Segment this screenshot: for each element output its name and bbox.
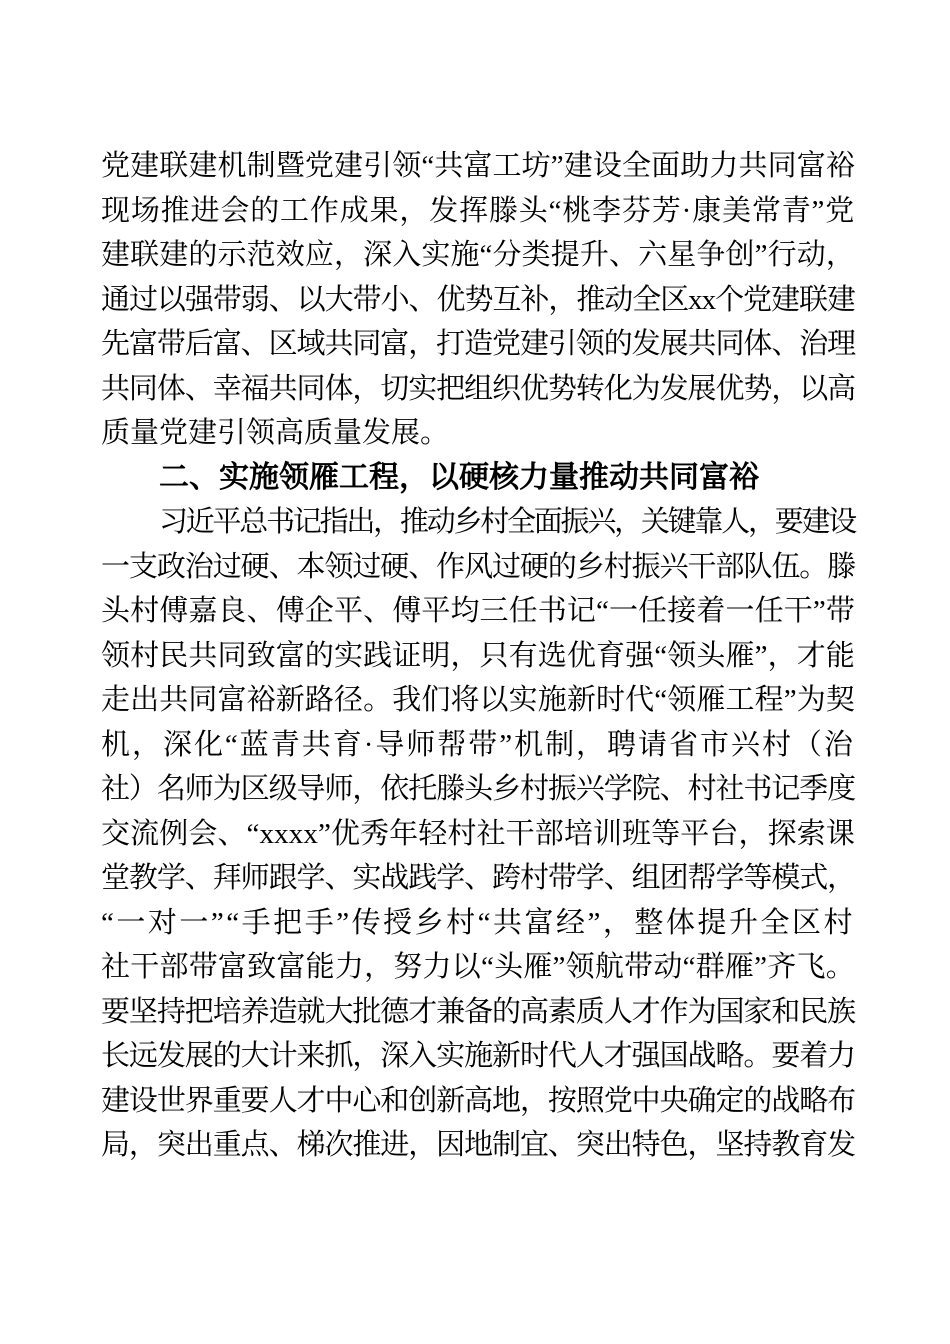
line-text: 交流例会、“xxxx”优秀年轻村社干部培训班等平台，探索课 xyxy=(101,812,855,857)
paragraph-line: 习近平总书记指出，推动乡村全面振兴，关键靠人，要建设 xyxy=(101,500,855,545)
line-text: 社）名师为区级导师，依托滕头乡村振兴学院、村社书记季度 xyxy=(101,767,855,812)
line-text: “一对一”“手把手”传授乡村“共富经”，整体提升全区村 xyxy=(101,901,855,946)
paragraph-line: 走出共同富裕新路径。我们将以实施新时代“领雁工程”为契 xyxy=(101,678,855,723)
paragraph-line: 建设世界重要人才中心和创新高地，按照党中央确定的战略布 xyxy=(101,1079,855,1124)
line-text: 社干部带富致富能力，努力以“头雁”领航带动“群雁”齐飞。 xyxy=(101,945,855,990)
line-text: 走出共同富裕新路径。我们将以实施新时代“领雁工程”为契 xyxy=(101,678,855,723)
paragraph-line: 领村民共同致富的实践证明，只有选优育强“领头雁”，才能 xyxy=(101,634,855,679)
line-text: 长远发展的大计来抓，深入实施新时代人才强国战略。要着力 xyxy=(101,1034,855,1079)
paragraph-line: 交流例会、“xxxx”优秀年轻村社干部培训班等平台，探索课 xyxy=(101,812,855,857)
line-text: 局，突出重点、梯次推进，因地制宜、突出特色，坚持教育发 xyxy=(101,1123,855,1168)
line-text: 一支政治过硬、本领过硬、作风过硬的乡村振兴干部队伍。滕 xyxy=(101,545,855,590)
line-text: 习近平总书记指出，推动乡村全面振兴，关键靠人，要建设 xyxy=(159,500,855,545)
paragraph-line: 头村傅嘉良、傅企平、傅平均三任书记“一任接着一任干”带 xyxy=(101,589,855,634)
line-text: 头村傅嘉良、傅企平、傅平均三任书记“一任接着一任干”带 xyxy=(101,589,855,634)
paragraph-line: 建联建的示范效应，深入实施“分类提升、六星争创”行动， xyxy=(101,233,855,278)
document-page: 党建联建机制暨党建引领“共富工坊”建设全面助力共同富裕现场推进会的工作成果，发挥… xyxy=(0,0,950,1344)
paragraph-line: 先富带后富、区域共同富，打造党建引领的发展共同体、治理 xyxy=(101,322,855,367)
line-text: 要坚持把培养造就大批德才兼备的高素质人才作为国家和民族 xyxy=(101,990,855,1035)
paragraph-line: 堂教学、拜师跟学、实战践学、跨村带学、组团帮学等模式， xyxy=(101,856,855,901)
section-heading: 二、实施领雁工程，以硬核力量推动共同富裕 xyxy=(101,456,855,501)
line-text: 建设世界重要人才中心和创新高地，按照党中央确定的战略布 xyxy=(101,1079,855,1124)
line-text: 先富带后富、区域共同富，打造党建引领的发展共同体、治理 xyxy=(101,322,855,367)
line-text: 机，深化“蓝青共育·导师帮带”机制，聘请省市兴村（治 xyxy=(101,723,855,768)
paragraph-line: 现场推进会的工作成果，发挥滕头“桃李芬芳·康美常青”党 xyxy=(101,189,855,234)
paragraph-line: 机，深化“蓝青共育·导师帮带”机制，聘请省市兴村（治 xyxy=(101,723,855,768)
paragraph-line: 一支政治过硬、本领过硬、作风过硬的乡村振兴干部队伍。滕 xyxy=(101,545,855,590)
line-text: 二、实施领雁工程，以硬核力量推动共同富裕 xyxy=(159,456,759,501)
paragraph-line: 局，突出重点、梯次推进，因地制宜、突出特色，坚持教育发 xyxy=(101,1123,855,1168)
document-body: 党建联建机制暨党建引领“共富工坊”建设全面助力共同富裕现场推进会的工作成果，发挥… xyxy=(101,144,855,1168)
paragraph-line: 党建联建机制暨党建引领“共富工坊”建设全面助力共同富裕 xyxy=(101,144,855,189)
paragraph-line: 要坚持把培养造就大批德才兼备的高素质人才作为国家和民族 xyxy=(101,990,855,1035)
paragraph-line: 社干部带富致富能力，努力以“头雁”领航带动“群雁”齐飞。 xyxy=(101,945,855,990)
line-text: 堂教学、拜师跟学、实战践学、跨村带学、组团帮学等模式， xyxy=(101,856,855,901)
line-text: 党建联建机制暨党建引领“共富工坊”建设全面助力共同富裕 xyxy=(101,144,855,189)
line-text: 质量党建引领高质量发展。 xyxy=(101,411,449,456)
paragraph-line: 社）名师为区级导师，依托滕头乡村振兴学院、村社书记季度 xyxy=(101,767,855,812)
line-text: 共同体、幸福共同体，切实把组织优势转化为发展优势，以高 xyxy=(101,367,855,412)
paragraph-line: 共同体、幸福共同体，切实把组织优势转化为发展优势，以高 xyxy=(101,367,855,412)
paragraph-line: 质量党建引领高质量发展。 xyxy=(101,411,855,456)
paragraph-line: 通过以强带弱、以大带小、优势互补，推动全区xx个党建联建 xyxy=(101,278,855,323)
line-text: 现场推进会的工作成果，发挥滕头“桃李芬芳·康美常青”党 xyxy=(101,189,855,234)
line-text: 领村民共同致富的实践证明，只有选优育强“领头雁”，才能 xyxy=(101,634,855,679)
paragraph-line: 长远发展的大计来抓，深入实施新时代人才强国战略。要着力 xyxy=(101,1034,855,1079)
line-text: 通过以强带弱、以大带小、优势互补，推动全区xx个党建联建 xyxy=(101,278,855,323)
line-text: 建联建的示范效应，深入实施“分类提升、六星争创”行动， xyxy=(101,233,855,278)
paragraph-line: “一对一”“手把手”传授乡村“共富经”，整体提升全区村 xyxy=(101,901,855,946)
